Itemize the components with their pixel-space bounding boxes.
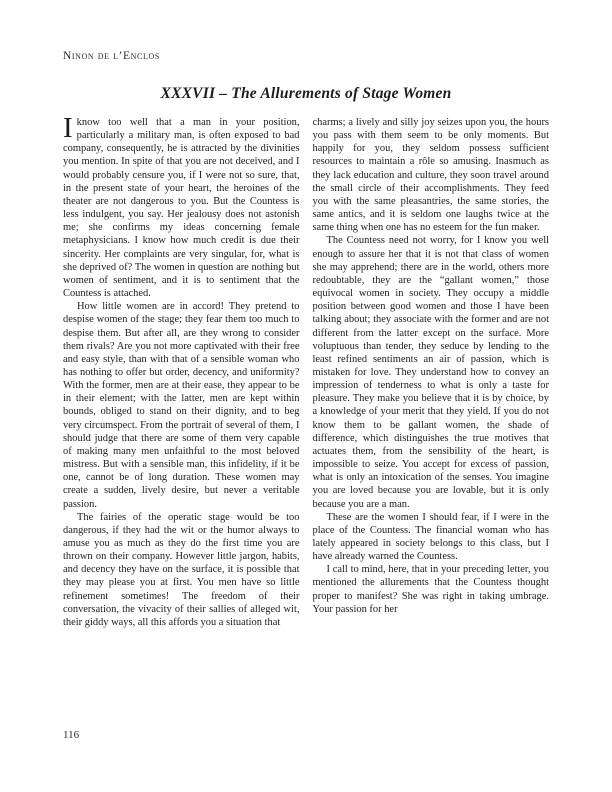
text-columns: Iknow too well that a man in your positi… [63,116,549,629]
right-column: charms; a lively and silly joy seizes up… [313,116,550,629]
page-number: 116 [63,729,79,741]
paragraph: How little women are in accord! They pre… [63,300,300,511]
paragraph: I call to mind, here, that in your prece… [313,563,550,616]
book-page: Ninon de l’Enclos XXXVII – The Alluremen… [0,0,612,792]
paragraph: The Countess need not worry, for I know … [313,234,550,510]
paragraph: These are the women I should fear, if I … [313,511,550,564]
paragraph-opening: Iknow too well that a man in your positi… [63,116,300,300]
paragraph-text: know too well that a man in your positio… [63,117,300,299]
paragraph: The fairies of the operatic stage would … [63,511,300,629]
drop-cap-initial: I [63,117,73,140]
left-column: Iknow too well that a man in your positi… [63,116,300,629]
paragraph-continuation: charms; a lively and silly joy seizes up… [313,116,550,234]
chapter-title: XXXVII – The Allurements of Stage Women [0,85,612,103]
running-header: Ninon de l’Enclos [63,50,160,62]
